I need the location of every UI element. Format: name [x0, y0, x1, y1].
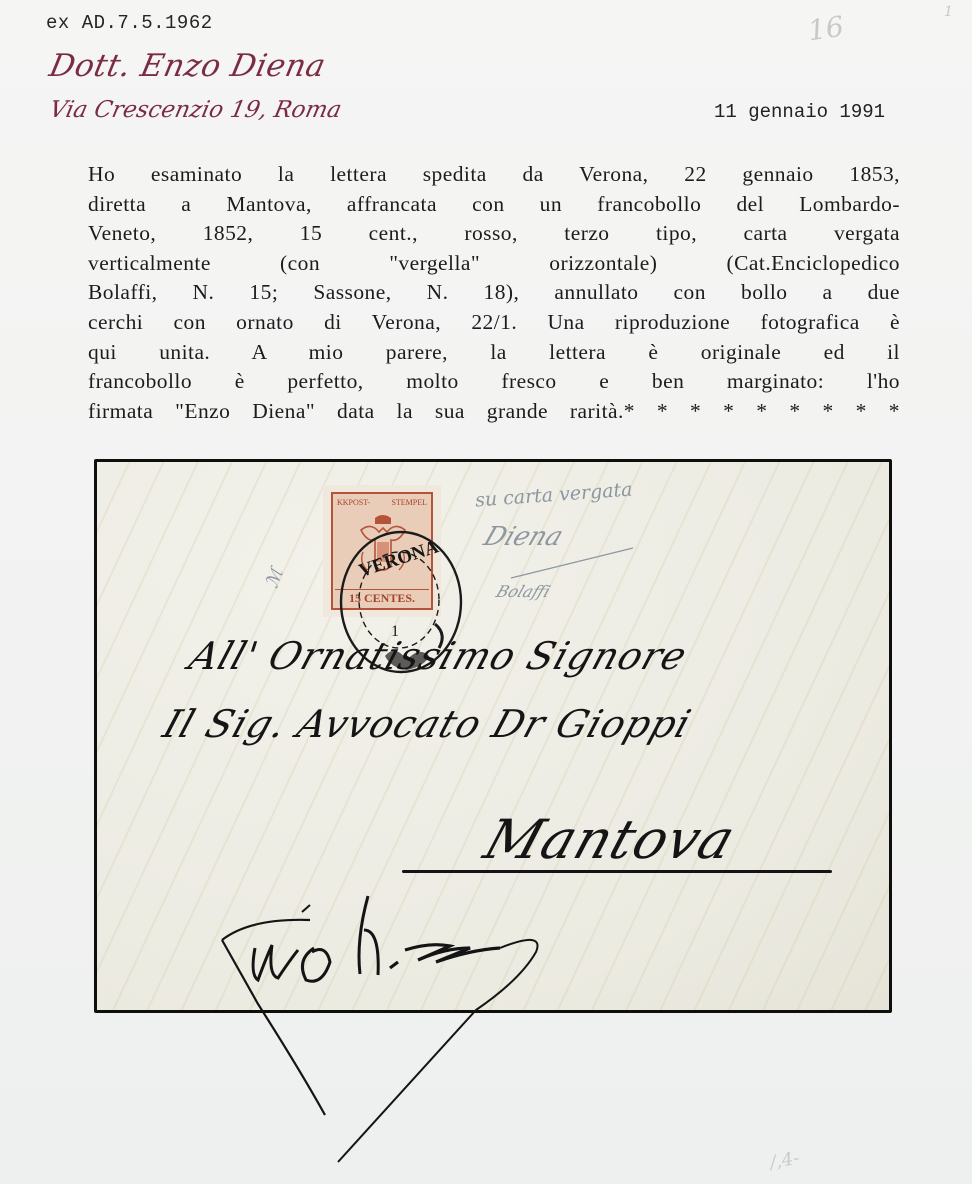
pencil-stroke: [507, 542, 637, 582]
stamp-text-right: STEMPEL: [391, 498, 427, 507]
cover-photograph: ℳ KKPOST- STEMPEL 15 CENTES. VERONA: [94, 459, 892, 1013]
certificate-body: Ho esaminato la lettera spedita da Veron…: [88, 160, 900, 426]
stamp-top-inscription: KKPOST- STEMPEL: [337, 498, 427, 507]
address-line-1: All' Ornatissimo Signore: [184, 634, 693, 678]
pencil-note-bolaffi: Bolaffi: [494, 582, 553, 601]
city-underline: [402, 870, 832, 873]
address-city: Mantova: [477, 808, 744, 871]
body-line: verticalmente (con "vergella" orizzontal…: [88, 249, 900, 279]
body-line: francobollo è perfetto, molto fresco e b…: [88, 367, 900, 397]
address-line-2: Il Sig. Avvocato Dr Gioppi: [158, 702, 697, 746]
letterhead-name: Dott. Enzo Diena: [46, 48, 329, 84]
pencil-mark-corner: 1: [944, 4, 953, 20]
body-line: Ho esaminato la lettera spedita da Veron…: [88, 160, 900, 190]
letterhead-address: Via Crescenzio 19, Roma: [47, 97, 344, 123]
body-line: cerchi con ornato di Verona, 22/1. Una r…: [88, 308, 900, 338]
stamp-text-left: KKPOST-: [337, 498, 370, 507]
pencil-mark-bottom: /,4-: [768, 1148, 801, 1174]
certificate-date: 11 gennaio 1991: [714, 101, 885, 123]
body-line: diretta a Mantova, affrancata con un fra…: [88, 190, 900, 220]
body-line: qui unita. A mio parere, la lettera è or…: [88, 338, 900, 368]
body-line: firmata "Enzo Diena" data la sua grande …: [88, 397, 900, 427]
certificate-page: 16 1 ex AD.7.5.1962 Dott. Enzo Diena Via…: [0, 0, 972, 1184]
pencil-mark-16: 16: [806, 10, 846, 48]
provenance-line: ex AD.7.5.1962: [46, 12, 213, 34]
body-line: Bolaffi, N. 15; Sassone, N. 18), annulla…: [88, 278, 900, 308]
body-line: Veneto, 1852, 15 cent., rosso, terzo tip…: [88, 219, 900, 249]
